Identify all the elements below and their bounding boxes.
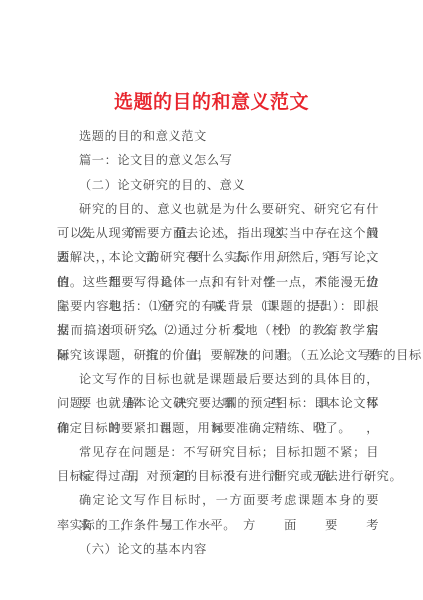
paragraph-line: 问题，也就是本论文研究要达到的预定目标：即本论文写作的目标定位，: [57, 391, 379, 415]
paragraph-line: 主要内容包括：⑴研究的有关背景（课题的提出）：即根据什么、受什么启: [57, 294, 379, 318]
paragraph-line: 目标定得过高，对预定的目标没有进行研究或无法进行研究。: [57, 464, 379, 488]
document-title: 选题的目的和意义范文: [0, 90, 423, 114]
paragraph-line: 篇一：论文目的意义怎么写: [57, 148, 379, 172]
paragraph-line: 去解决，本论文的研究有什么实际作用，然后，再写论文的理论和学术价: [57, 245, 379, 269]
paragraph-line: 常见存在问题是：不写研究目标；目标扣题不紧；目标用词不准确；: [57, 440, 379, 464]
paragraph-line: 发而搞这项研究。⑵通过分析本地（校）的教育教学实际，指出为什么要: [57, 318, 379, 342]
document-body: 选题的目的和意义范文 篇一：论文目的意义怎么写 （二）论文研究的目的、意义 研究…: [57, 124, 379, 561]
paragraph-line: 值。这些都要写得具体一点，有针对性一点，不能漫无边际地空喊口号。: [57, 270, 379, 294]
paragraph-line: 确定论文写作目标时，一方面要考虑课题本身的要求，另一方面要考: [57, 488, 379, 512]
paragraph-line: 可以先从现实需要方面去论述，指出现实当中存在这个问题，需要去研究，: [57, 221, 379, 245]
paragraph-line: 研究的目的、意义也就是为什么要研究、研究它有什么价值。这一般: [57, 197, 379, 221]
section-heading: （六）论文的基本内容: [57, 537, 379, 561]
document-page: 选题的目的和意义范文 选题的目的和意义范文 篇一：论文目的意义怎么写 （二）论文…: [0, 0, 423, 600]
paragraph-line: 研究该课题，研究的价值，要解决的问题。（五）论文写作的目标: [57, 343, 379, 367]
section-heading: （二）论文研究的目的、意义: [57, 173, 379, 197]
paragraph-line: 选题的目的和意义范文: [57, 124, 379, 148]
paragraph-line: 确定目标时要紧扣课题，用词要准确、精练、明了。: [57, 416, 379, 440]
paragraph-line: 论文写作的目标也就是课题最后要达到的具体目的，要解决哪些具体: [57, 367, 379, 391]
